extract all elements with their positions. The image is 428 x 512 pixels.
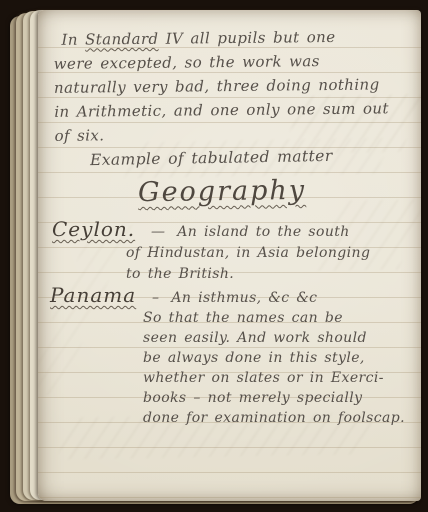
entry-body: of Hindustan, in Asia belonging to the B… — [126, 243, 412, 285]
entry-line: of Hindustan, in Asia belonging — [126, 243, 412, 264]
handwritten-line: of six. — [54, 120, 410, 148]
entry-separator: — — [151, 224, 165, 240]
opening-paragraph: In Standard IV all pupils but one were e… — [53, 24, 410, 148]
notebook-page: In Standard IV all pupils but one were e… — [38, 10, 421, 501]
entry-body: So that the names can be seen easily. An… — [143, 308, 414, 428]
entry-head: Panama – An isthmus, &c &c — [50, 285, 414, 308]
entry-term: Panama — [50, 283, 136, 307]
handwritten-line: In Standard IV all pupils but one — [61, 24, 409, 52]
entry-line: An isthmus, &c &c — [171, 290, 317, 306]
handwritten-line: in Arithmetic, and one only one sum out — [54, 96, 410, 124]
entry-line: An island to the south — [177, 224, 349, 240]
handwritten-text: IV all pupils but one — [166, 28, 336, 48]
entry-ceylon: Ceylon. — An island to the south of Hind… — [52, 219, 412, 285]
underlined-word: Standard — [85, 30, 159, 49]
entry-line: done for examination on foolscap. — [143, 408, 414, 428]
handwritten-text: In — [61, 31, 78, 49]
photo-background: In Standard IV all pupils but one were e… — [0, 0, 428, 512]
section-heading: Geography — [138, 175, 306, 208]
entry-line: seen easily. And work should — [143, 328, 414, 348]
entry-line: whether on slates or in Exerci- — [143, 368, 414, 388]
entry-panama: Panama – An isthmus, &c &c So that the n… — [50, 285, 414, 428]
entry-line: to the British. — [126, 264, 412, 285]
entry-head: Ceylon. — An island to the south — [52, 219, 412, 243]
entry-separator: – — [152, 290, 159, 306]
entry-line: books – not merely specially — [143, 388, 414, 408]
entry-line: So that the names can be — [143, 308, 414, 328]
entry-line: be always done in this style, — [143, 348, 414, 368]
entry-term: Ceylon. — [52, 217, 135, 241]
